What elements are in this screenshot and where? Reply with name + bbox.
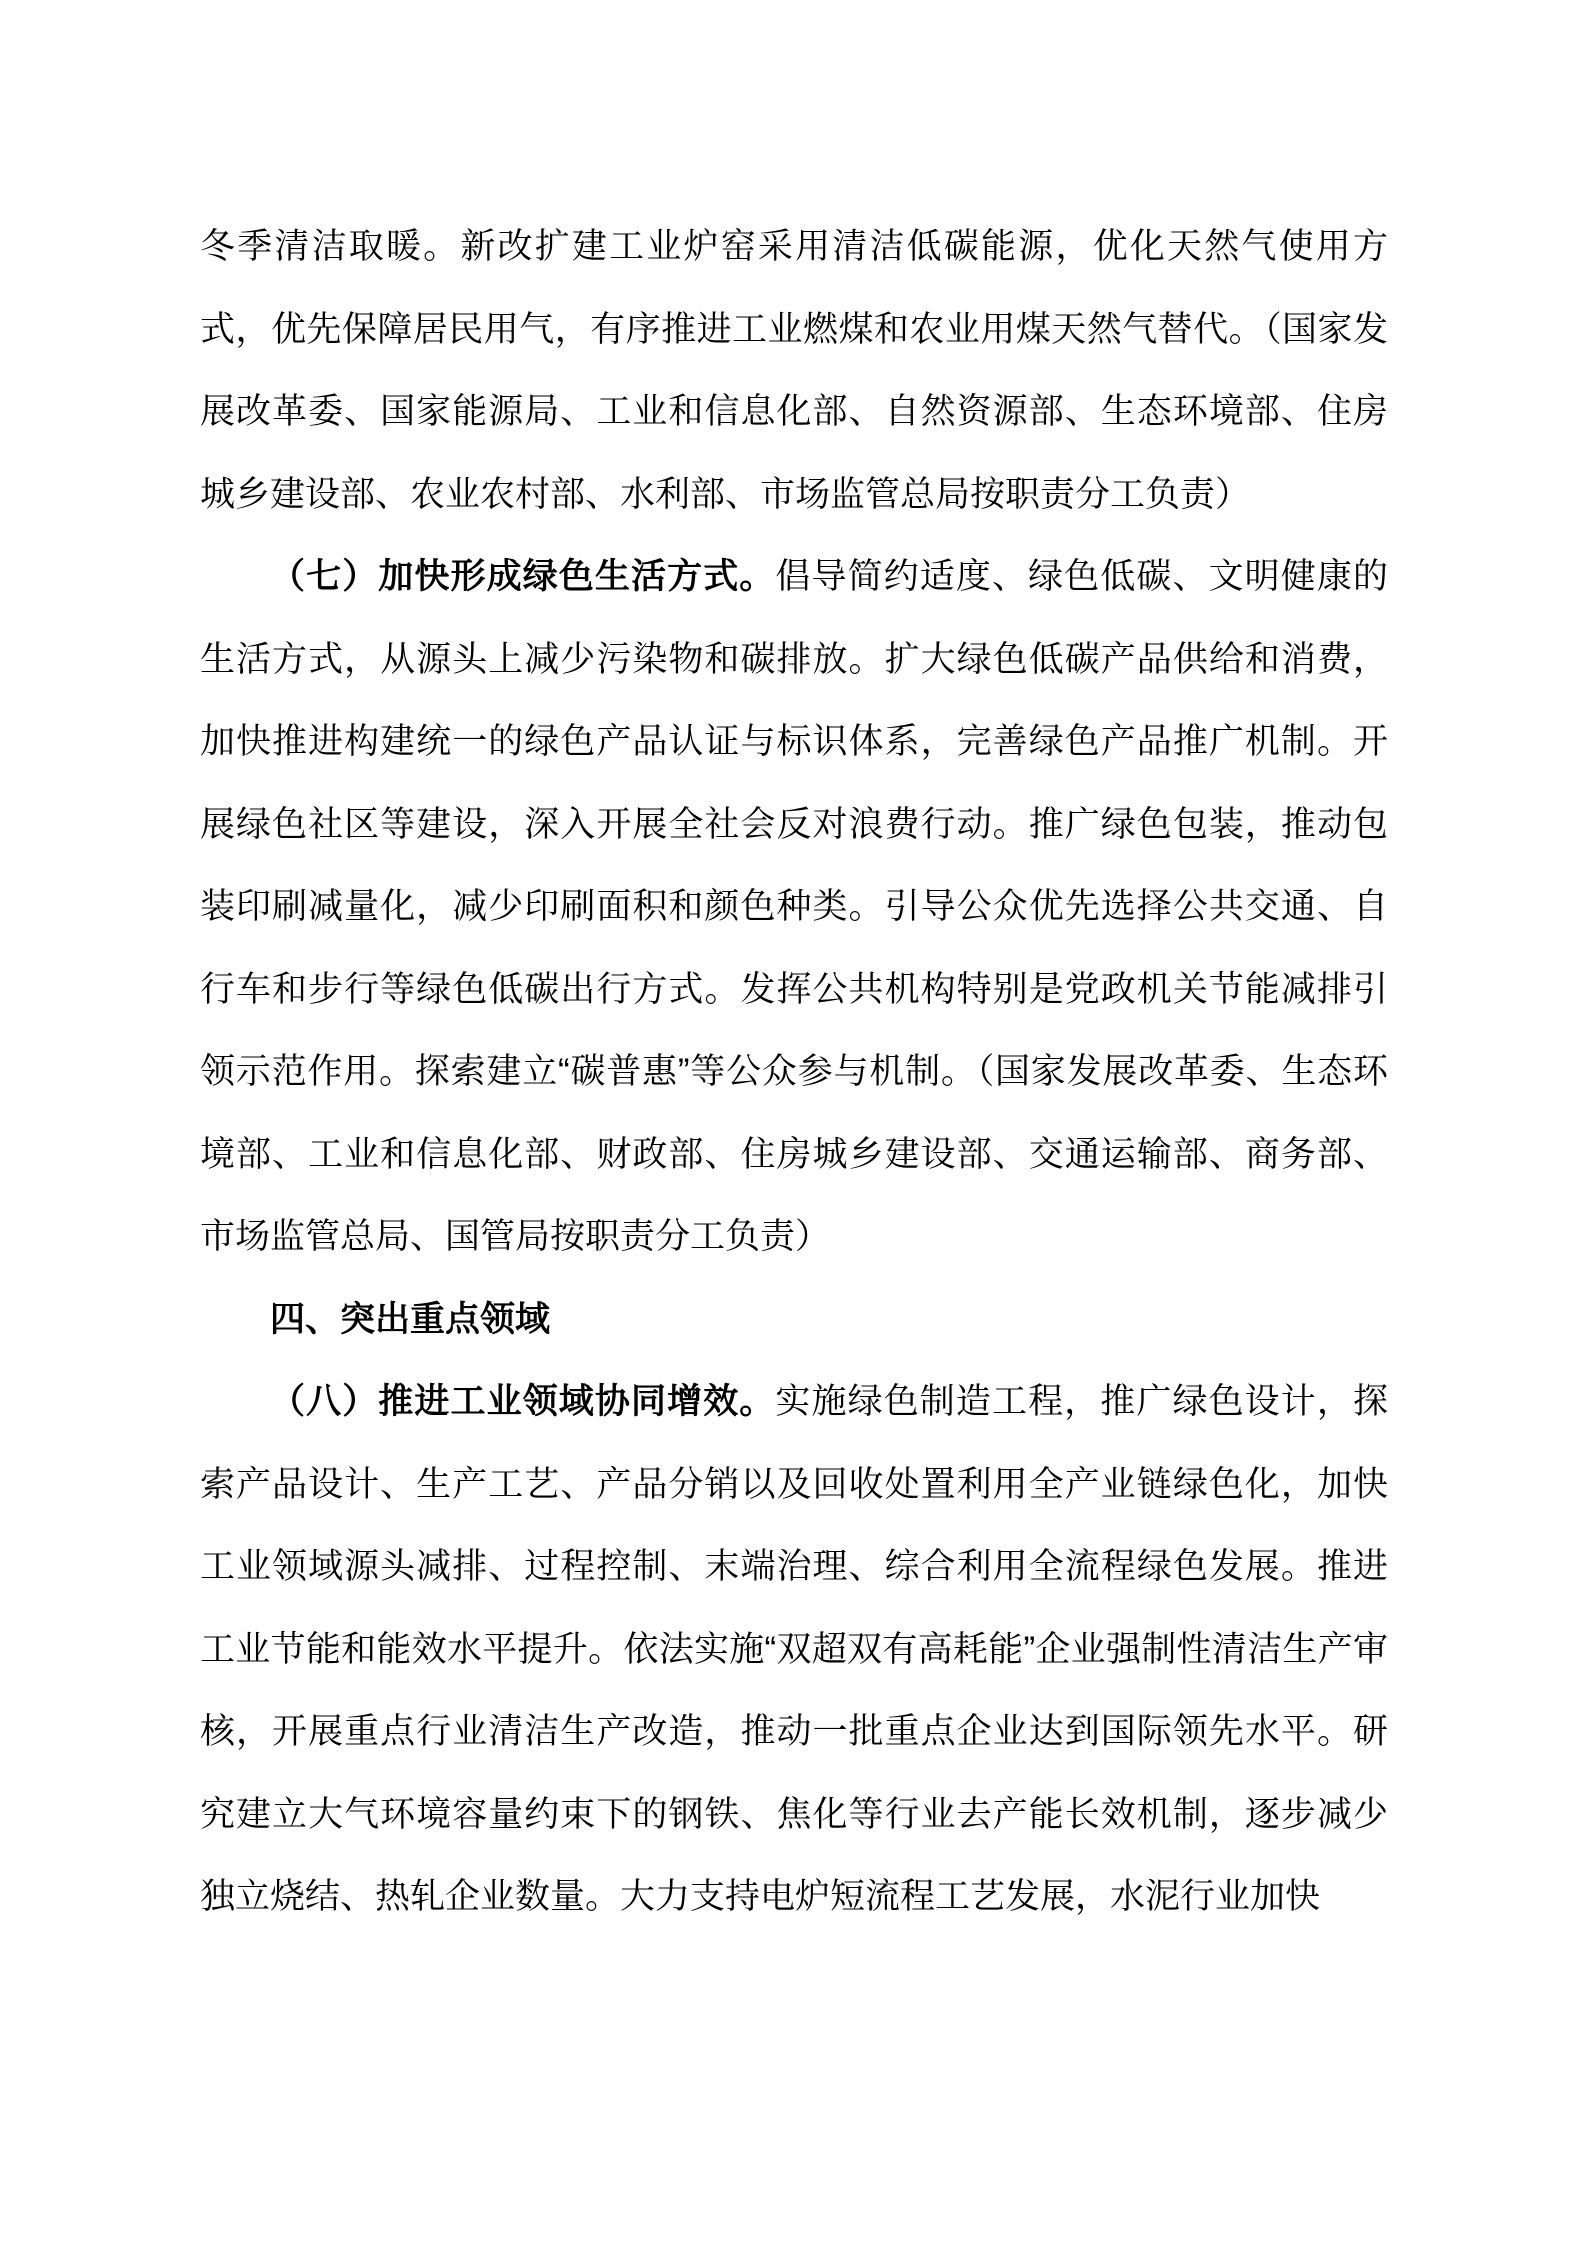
section-heading-4: 四、突出重点领域	[200, 1279, 1388, 1362]
para-item-8: （八）推进工业领域协同增效。实施绿色制造工程，推广绿色设计，探索产品设计、生产工…	[200, 1361, 1388, 1939]
para-item-7-text: 倡导简约适度、绿色低碳、文明健康的生活方式，从源头上减少污染物和碳排放。扩大绿色…	[200, 557, 1388, 1256]
para-item-8-text: 实施绿色制造工程，推广绿色设计，探索产品设计、生产工艺、产品分销以及回收处置利用…	[200, 1382, 1388, 1916]
para-continuation: 冬季清洁取暖。新改扩建工业炉窑采用清洁低碳能源，优化天然气使用方式，优先保障居民…	[200, 206, 1388, 536]
document-page: 冬季清洁取暖。新改扩建工业炉窑采用清洁低碳能源，优化天然气使用方式，优先保障居民…	[0, 0, 1587, 2245]
para-continuation-text: 冬季清洁取暖。新改扩建工业炉窑采用清洁低碳能源，优化天然气使用方式，优先保障居民…	[200, 227, 1388, 514]
para-item-7-lead: （七）加快形成绿色生活方式。	[270, 557, 775, 596]
para-item-7: （七）加快形成绿色生活方式。倡导简约适度、绿色低碳、文明健康的生活方式，从源头上…	[200, 536, 1388, 1279]
document-body: 冬季清洁取暖。新改扩建工业炉窑采用清洁低碳能源，优化天然气使用方式，优先保障居民…	[200, 206, 1388, 1939]
section-heading-4-text: 四、突出重点领域	[270, 1300, 550, 1339]
para-item-8-lead: （八）推进工业领域协同增效。	[270, 1382, 775, 1421]
